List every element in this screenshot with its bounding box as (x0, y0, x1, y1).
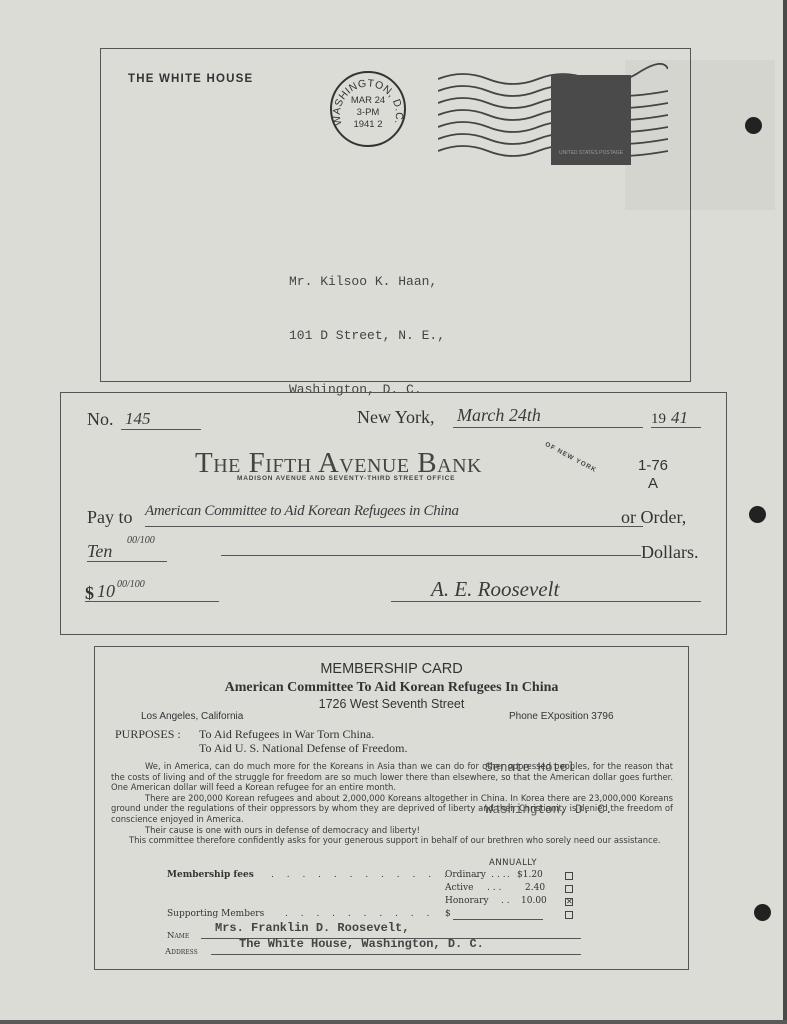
name-field[interactable]: Mrs. Franklin D. Roosevelt, (215, 921, 409, 935)
postmark-date: MAR 24 3-PM 1941 2 (332, 95, 404, 131)
check-date: March 24th (457, 405, 541, 426)
amount-words: Ten (87, 541, 112, 562)
checkbox-honorary-checked[interactable]: ✕ (565, 898, 573, 906)
check-year: 41 (671, 408, 688, 428)
payee: American Committee to Aid Korean Refugee… (145, 503, 459, 520)
or-order-label: or Order, (621, 507, 686, 528)
membership-card: MEMBERSHIP CARD American Committee To Ai… (94, 646, 689, 970)
purposes-list: To Aid Refugees in War Torn China. To Ai… (199, 727, 407, 755)
return-address: THE WHITE HOUSE (128, 73, 253, 85)
bank-check: No. 145 New York, March 24th 19 41 The F… (60, 392, 727, 635)
address-field[interactable]: The White House, Washington, D. C. (239, 937, 484, 951)
annually-label: ANNUALLY (489, 858, 537, 868)
binder-hole (749, 506, 766, 523)
organization-phone: Phone EXposition 3796 (509, 711, 614, 722)
check-year-prefix: 19 (651, 411, 666, 428)
organization-street: 1726 West Seventh Street (95, 697, 688, 711)
organization-city: Los Angeles, California (141, 711, 243, 722)
checkbox-supporting[interactable] (565, 911, 573, 919)
routing-number: 1-76 A (638, 457, 668, 493)
bank-suffix: OF NEW YORK (544, 441, 598, 474)
pay-to-label: Pay to (87, 507, 133, 528)
amount-words-cents: 00/100 (127, 535, 155, 546)
name-label: Name (167, 931, 189, 941)
dollars-label: Dollars. (641, 542, 699, 563)
check-city: New York, (357, 407, 435, 428)
page-edge (783, 0, 787, 1024)
binder-hole (745, 117, 762, 134)
amount-numeric-cents: 00/100 (117, 579, 145, 590)
purposes-label: PURPOSES : (115, 727, 181, 742)
checkbox-active[interactable] (565, 885, 573, 893)
check-number: 145 (125, 409, 151, 429)
postmark: WASHINGTON, D.C. MAR 24 3-PM 1941 2 (330, 71, 406, 147)
checkbox-ordinary[interactable] (565, 872, 573, 880)
appeal-text: We, in America, can do much more for the… (111, 761, 673, 846)
address-label: Address (165, 947, 198, 957)
bank-branch: MADISON AVENUE AND SEVENTY-THIRD STREET … (237, 475, 455, 482)
amount-numeric: 10 (97, 581, 115, 602)
card-title: MEMBERSHIP CARD (95, 661, 688, 677)
binder-hole (754, 904, 771, 921)
organization-name: American Committee To Aid Korean Refugee… (95, 680, 688, 696)
envelope: THE WHITE HOUSE WASHINGTON, D.C. MAR 24 … (100, 48, 691, 382)
check-number-label: No. (87, 409, 114, 430)
page-edge (0, 1020, 787, 1024)
signature: A. E. Roosevelt (431, 577, 559, 602)
postage-stamp: UNITED STATES POSTAGE (551, 75, 631, 165)
